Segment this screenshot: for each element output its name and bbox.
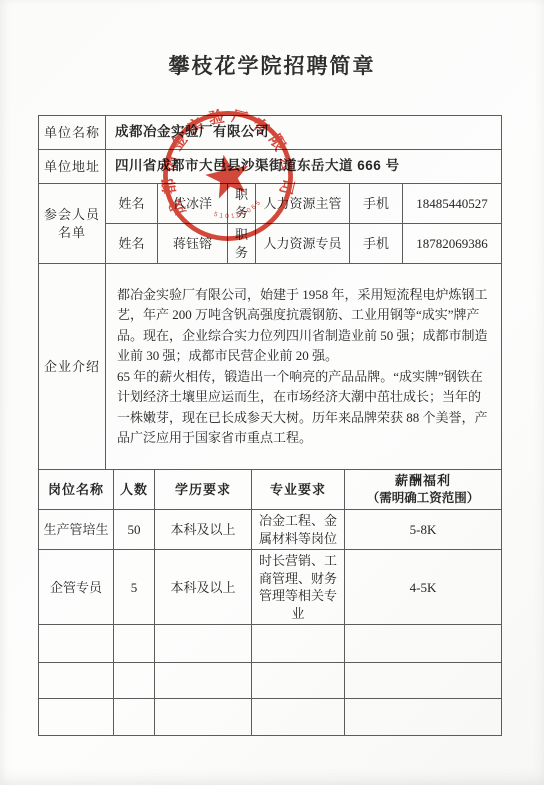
- empty-cell: [39, 699, 114, 736]
- job-row-empty: [39, 625, 502, 663]
- empty-cell: [252, 625, 345, 663]
- phone-label: 手机: [350, 184, 403, 224]
- empty-cell: [155, 699, 252, 736]
- job-row-empty: [39, 699, 502, 736]
- unit-name-value: 成都冶金实验厂有限公司: [106, 116, 502, 150]
- header-education: 学历要求: [155, 470, 252, 510]
- unit-address-label: 单位地址: [39, 150, 106, 184]
- empty-cell: [345, 663, 502, 699]
- company-intro-text: 都冶金实验厂有限公司，始建于 1958 年，采用短流程电炉炼钢工艺，年产 200…: [106, 264, 502, 470]
- empty-cell: [114, 699, 155, 736]
- job-count: 50: [114, 510, 155, 550]
- job-row-empty: [39, 663, 502, 699]
- job-salary: 4-5K: [345, 550, 502, 625]
- table-row: 单位地址 四川省成都市大邑县沙渠街道东岳大道 666 号: [39, 150, 502, 184]
- job-education: 本科及以上: [155, 510, 252, 550]
- intro-paragraph: 都冶金实验厂有限公司，始建于 1958 年，采用短流程电炉炼钢工艺，年产 200…: [117, 285, 490, 367]
- job-position: 企管专员: [39, 550, 114, 625]
- header-salary-note: （需明确工资范围）: [349, 490, 497, 507]
- header-salary-title: 薪酬福利: [349, 472, 497, 490]
- header-salary: 薪酬福利 （需明确工资范围）: [345, 470, 502, 510]
- participant-phone: 18485440527: [403, 184, 502, 224]
- empty-cell: [155, 663, 252, 699]
- duty-label: 职务: [228, 184, 256, 224]
- job-education: 本科及以上: [155, 550, 252, 625]
- job-table-header-row: 岗位名称 人数 学历要求 专业要求 薪酬福利 （需明确工资范围）: [39, 470, 502, 510]
- participant-duty: 人力资源主管: [256, 184, 350, 224]
- participant-name: 代冰洋: [158, 184, 228, 224]
- empty-cell: [155, 625, 252, 663]
- company-info-table: 单位名称 成都冶金实验厂有限公司 单位地址 四川省成都市大邑县沙渠街道东岳大道 …: [38, 115, 502, 470]
- header-major: 专业要求: [252, 470, 345, 510]
- participant-name: 蒋钰镕: [158, 224, 228, 264]
- name-label: 姓名: [106, 184, 158, 224]
- header-position: 岗位名称: [39, 470, 114, 510]
- scanned-document-page: 攀枝花学院招聘简章 单位名称 成都冶金实验厂有限公司 单位地址 四川省成都市大邑…: [0, 0, 544, 785]
- empty-cell: [39, 625, 114, 663]
- company-intro-label: 企业介绍: [39, 264, 106, 470]
- table-row: 单位名称 成都冶金实验厂有限公司: [39, 116, 502, 150]
- participant-phone: 18782069386: [403, 224, 502, 264]
- empty-cell: [114, 663, 155, 699]
- unit-name-label: 单位名称: [39, 116, 106, 150]
- empty-cell: [114, 625, 155, 663]
- job-count: 5: [114, 550, 155, 625]
- job-major: 时长营销、工商管理、财务管理等相关专业: [252, 550, 345, 625]
- name-label: 姓名: [106, 224, 158, 264]
- unit-address-value: 四川省成都市大邑县沙渠街道东岳大道 666 号: [106, 150, 502, 184]
- empty-cell: [345, 699, 502, 736]
- page-title: 攀枝花学院招聘简章: [0, 50, 544, 80]
- phone-label: 手机: [350, 224, 403, 264]
- empty-cell: [252, 699, 345, 736]
- document-body: 单位名称 成都冶金实验厂有限公司 单位地址 四川省成都市大邑县沙渠街道东岳大道 …: [38, 115, 502, 736]
- participant-duty: 人力资源专员: [256, 224, 350, 264]
- table-row: 企业介绍 都冶金实验厂有限公司，始建于 1958 年，采用短流程电炉炼钢工艺，年…: [39, 264, 502, 470]
- job-positions-table: 岗位名称 人数 学历要求 专业要求 薪酬福利 （需明确工资范围） 生产管培生 5…: [38, 469, 502, 736]
- participants-label: 参会人员名单: [39, 184, 106, 264]
- table-row: 姓名 蒋钰镕 职务 人力资源专员 手机 18782069386: [39, 224, 502, 264]
- job-major: 冶金工程、金属材料等岗位: [252, 510, 345, 550]
- header-count: 人数: [114, 470, 155, 510]
- empty-cell: [345, 625, 502, 663]
- table-row: 参会人员名单 姓名 代冰洋 职务 人力资源主管 手机 18485440527: [39, 184, 502, 224]
- job-row: 企管专员 5 本科及以上 时长营销、工商管理、财务管理等相关专业 4-5K: [39, 550, 502, 625]
- empty-cell: [39, 663, 114, 699]
- intro-paragraph: 65 年的薪火相传，锻造出一个响亮的产品品牌。“成实牌”钢铁在计划经济土壤里应运…: [117, 367, 490, 449]
- job-salary: 5-8K: [345, 510, 502, 550]
- empty-cell: [252, 663, 345, 699]
- job-row: 生产管培生 50 本科及以上 冶金工程、金属材料等岗位 5-8K: [39, 510, 502, 550]
- job-position: 生产管培生: [39, 510, 114, 550]
- duty-label: 职务: [228, 224, 256, 264]
